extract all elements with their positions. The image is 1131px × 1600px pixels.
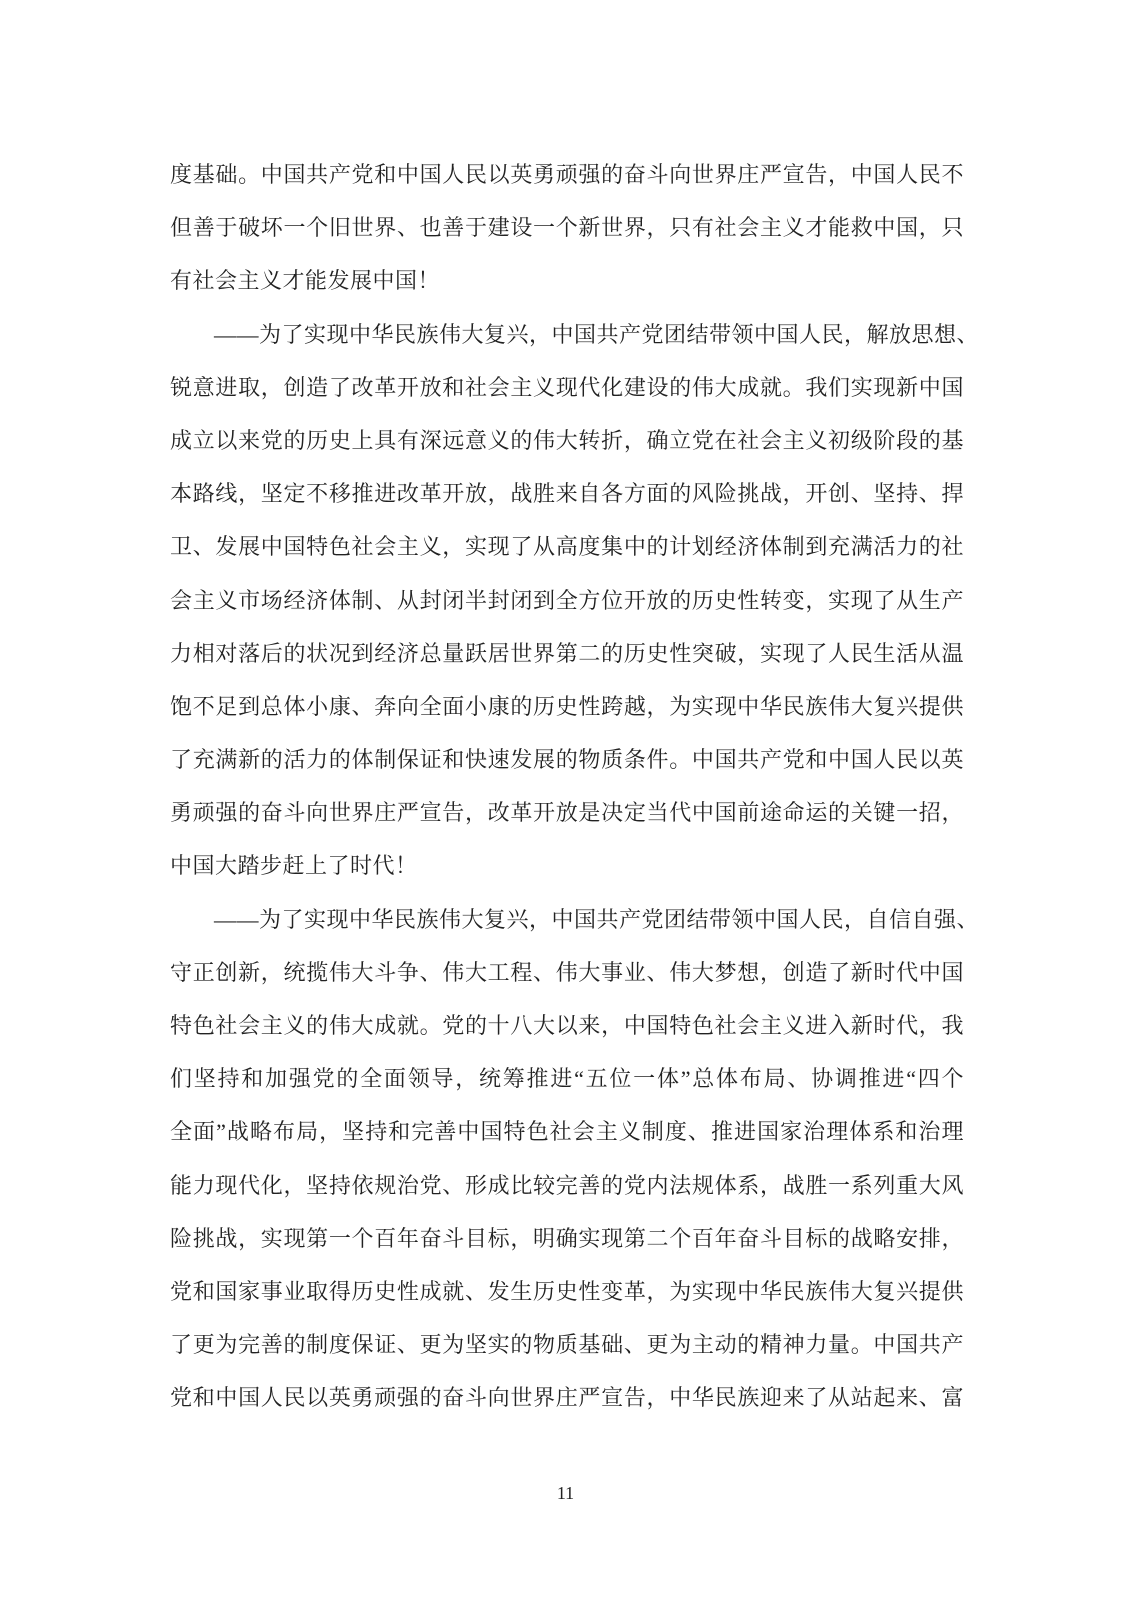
text-line: ——为了实现中华民族伟大复兴，中国共产党团结带领中国人民，解放思想、 — [170, 308, 964, 361]
text-line: 力相对落后的状况到经济总量跃居世界第二的历史性突破，实现了人民生活从温 — [170, 627, 964, 680]
text-line: 守正创新，统揽伟大斗争、伟大工程、伟大事业、伟大梦想，创造了新时代中国 — [170, 946, 964, 999]
page-number: 11 — [0, 1482, 1131, 1504]
text-line: 饱不足到总体小康、奔向全面小康的历史性跨越，为实现中华民族伟大复兴提供 — [170, 680, 964, 733]
text-line: 党和国家事业取得历史性成就、发生历史性变革，为实现中华民族伟大复兴提供 — [170, 1265, 964, 1318]
text-line: ——为了实现中华民族伟大复兴，中国共产党团结带领中国人民，自信自强、 — [170, 893, 964, 946]
text-line: 度基础。中国共产党和中国人民以英勇顽强的奋斗向世界庄严宣告，中国人民不 — [170, 148, 964, 201]
text-line: 有社会主义才能发展中国！ — [170, 254, 964, 307]
document-page: 度基础。中国共产党和中国人民以英勇顽强的奋斗向世界庄严宣告，中国人民不 但善于破… — [0, 0, 1131, 1600]
text-line: 能力现代化，坚持依规治党、形成比较完善的党内法规体系，战胜一系列重大风 — [170, 1159, 964, 1212]
text-line: 特色社会主义的伟大成就。党的十八大以来，中国特色社会主义进入新时代，我 — [170, 999, 964, 1052]
text-line: 勇顽强的奋斗向世界庄严宣告，改革开放是决定当代中国前途命运的关键一招， — [170, 786, 964, 839]
text-line: 了充满新的活力的体制保证和快速发展的物质条件。中国共产党和中国人民以英 — [170, 733, 964, 786]
text-line: 卫、发展中国特色社会主义，实现了从高度集中的计划经济体制到充满活力的社 — [170, 520, 964, 573]
text-line: 本路线，坚定不移推进改革开放，战胜来自各方面的风险挑战，开创、坚持、捍 — [170, 467, 964, 520]
text-line: 全面”战略布局，坚持和完善中国特色社会主义制度、推进国家治理体系和治理 — [170, 1105, 964, 1158]
text-line: 中国大踏步赶上了时代！ — [170, 839, 964, 892]
text-line: 锐意进取，创造了改革开放和社会主义现代化建设的伟大成就。我们实现新中国 — [170, 361, 964, 414]
text-body: 度基础。中国共产党和中国人民以英勇顽强的奋斗向世界庄严宣告，中国人民不 但善于破… — [170, 148, 964, 1425]
text-line: 会主义市场经济体制、从封闭半封闭到全方位开放的历史性转变，实现了从生产 — [170, 574, 964, 627]
text-line: 但善于破坏一个旧世界、也善于建设一个新世界，只有社会主义才能救中国，只 — [170, 201, 964, 254]
text-line: 了更为完善的制度保证、更为坚实的物质基础、更为主动的精神力量。中国共产 — [170, 1318, 964, 1371]
text-line: 成立以来党的历史上具有深远意义的伟大转折，确立党在社会主义初级阶段的基 — [170, 414, 964, 467]
text-line: 险挑战，实现第一个百年奋斗目标，明确实现第二个百年奋斗目标的战略安排， — [170, 1212, 964, 1265]
text-line: 们坚持和加强党的全面领导，统筹推进“五位一体”总体布局、协调推进“四个 — [170, 1052, 964, 1105]
text-line: 党和中国人民以英勇顽强的奋斗向世界庄严宣告，中华民族迎来了从站起来、富 — [170, 1371, 964, 1424]
